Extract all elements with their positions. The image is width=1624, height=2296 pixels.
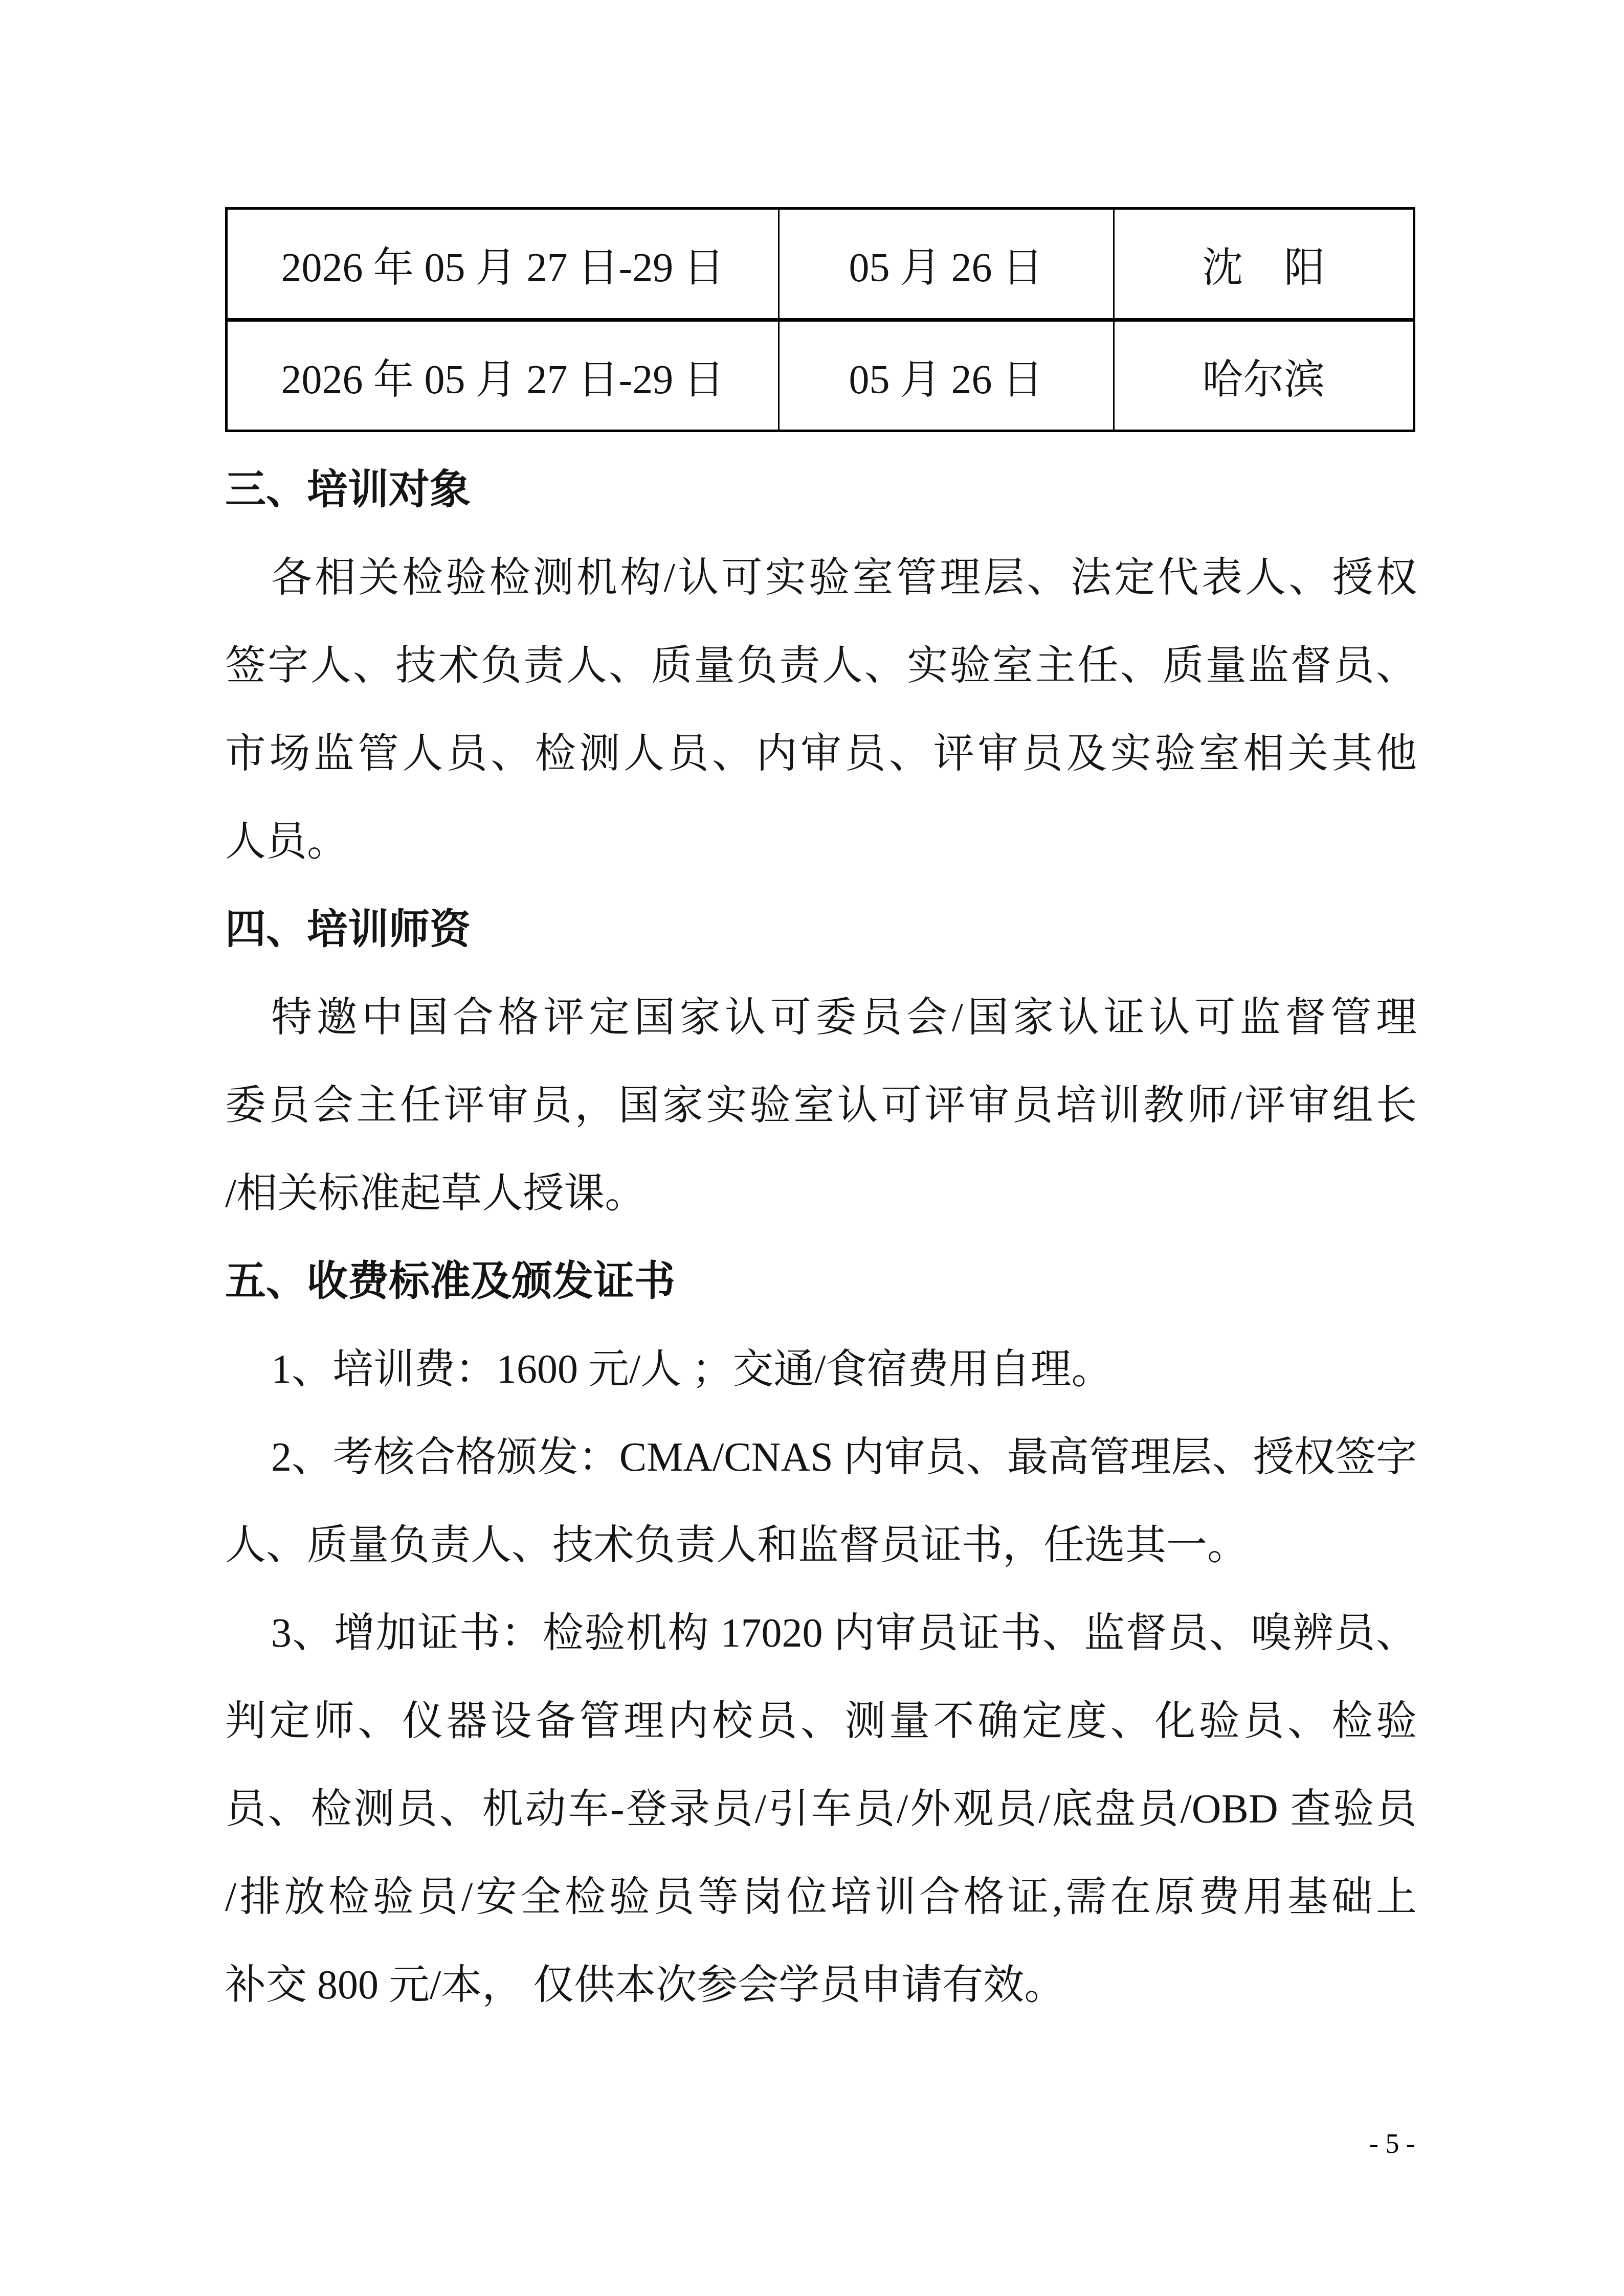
body-line-fee-item: 1、培训费：1600 元/人 ；交通/食宿费用自理。 bbox=[225, 1325, 1417, 1413]
table-row: 2026 年 05 月 27 日-29 日 05 月 26 日 哈尔滨 bbox=[227, 320, 1414, 431]
body-line-certificate-item: 2、考核合格颁发：CMA/CNAS 内审员、最高管理层、授权签字 bbox=[225, 1413, 1417, 1501]
section-heading-training-faculty: 四、培训师资 bbox=[225, 886, 1417, 974]
table-cell-training-dates: 2026 年 05 月 27 日-29 日 bbox=[227, 209, 779, 320]
page-number: - 5 - bbox=[1369, 2125, 1415, 2163]
table-cell-report-date: 05 月 26 日 bbox=[778, 320, 1114, 431]
table-cell-training-dates: 2026 年 05 月 27 日-29 日 bbox=[227, 320, 779, 431]
body-line: 签字人、技术负责人、质量负责人、实验室主任、质量监督员、 bbox=[225, 622, 1417, 710]
body-line: /相关标准起草人授课。 bbox=[225, 1150, 1417, 1237]
body-line: 特邀中国合格评定国家认可委员会/国家认证认可监督管理 bbox=[225, 974, 1417, 1062]
body-line: 市场监管人员、检测人员、内审员、评审员及实验室相关其他 bbox=[225, 710, 1417, 798]
section-heading-fees-certificates: 五、收费标准及颁发证书 bbox=[225, 1237, 1417, 1325]
section-heading-training-targets: 三、培训对象 bbox=[225, 446, 1417, 534]
table-cell-report-date: 05 月 26 日 bbox=[778, 209, 1114, 320]
body-line: /排放检验员/安全检验员等岗位培训合格证,需在原费用基础上 bbox=[225, 1853, 1417, 1941]
document-body: 三、培训对象 各相关检验检测机构/认可实验室管理层、法定代表人、授权 签字人、技… bbox=[225, 446, 1417, 2029]
body-line: 员、检测员、机动车-登录员/引车员/外观员/底盘员/OBD 查验员 bbox=[225, 1765, 1417, 1853]
body-line: 补交 800 元/本， 仅供本次参会学员申请有效。 bbox=[225, 1941, 1417, 2029]
table-row: 2026 年 05 月 27 日-29 日 05 月 26 日 沈 阳 bbox=[227, 209, 1414, 320]
body-line: 判定师、仪器设备管理内校员、测量不确定度、化验员、检验 bbox=[225, 1677, 1417, 1765]
schedule-table: 2026 年 05 月 27 日-29 日 05 月 26 日 沈 阳 2026… bbox=[225, 207, 1415, 432]
body-line: 各相关检验检测机构/认可实验室管理层、法定代表人、授权 bbox=[225, 534, 1417, 622]
table-cell-city: 哈尔滨 bbox=[1114, 320, 1414, 431]
body-line-extra-certificate-item: 3、增加证书：检验机构 17020 内审员证书、监督员、嗅辨员、 bbox=[225, 1589, 1417, 1677]
table-cell-city: 沈 阳 bbox=[1114, 209, 1414, 320]
document-page: 2026 年 05 月 27 日-29 日 05 月 26 日 沈 阳 2026… bbox=[0, 0, 1624, 2296]
body-line: 委员会主任评审员，国家实验室认可评审员培训教师/评审组长 bbox=[225, 1062, 1417, 1150]
body-line: 人员。 bbox=[225, 798, 1417, 886]
body-line: 人、质量负责人、技术负责人和监督员证书，任选其一。 bbox=[225, 1501, 1417, 1589]
